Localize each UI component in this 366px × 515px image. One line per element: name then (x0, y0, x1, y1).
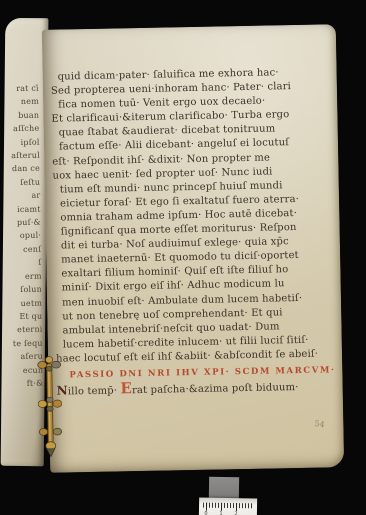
facing-line-fragment: te ſequ (5, 336, 43, 350)
facing-line-fragment: rat cī (1, 82, 39, 96)
illuminated-initial-I-icon (37, 356, 63, 458)
ruler-mm-ticks (203, 503, 253, 509)
facing-line-fragment: aſterul (2, 149, 40, 163)
facing-line-fragment: buan (1, 109, 39, 123)
facing-page-text-fragments: rat cīnembuanaſſcheipſolaſteruldan ceſeſ… (1, 82, 44, 391)
facing-line-fragment: puſ·& (3, 216, 41, 230)
facing-line-fragment: nem (1, 95, 39, 109)
ruler-cm-tick (206, 503, 207, 511)
facing-line-fragment: ſeſtu (2, 176, 40, 190)
incipit-text: rat paſcha·&azima poſt biduum· (132, 382, 299, 396)
facing-line-fragment: ſolun (4, 283, 42, 297)
folio-number: 54 (314, 419, 325, 429)
facing-line-fragment: icamt (3, 202, 41, 216)
facing-line-fragment: ipſol (1, 135, 39, 149)
facing-line-fragment: Et qu (4, 310, 42, 324)
facing-line-fragment: cenſ (3, 243, 41, 257)
facing-line-fragment: uetm (4, 296, 42, 310)
facing-line-fragment: erm (4, 269, 42, 283)
incipit-text: illo temp̄· (68, 385, 121, 397)
book-fore-edge (335, 28, 351, 462)
facing-line-fragment: eterni (4, 323, 42, 337)
calibration-gray-patch (209, 477, 239, 499)
scale-ruler: 012 (199, 497, 257, 515)
facing-line-fragment: dan ce (2, 162, 40, 176)
ruler-cm-label: 0 (204, 511, 207, 515)
facing-line-fragment: aſſche (1, 122, 39, 136)
ruler-cm-label: 2 (234, 511, 237, 515)
ruler-cm-label: 1 (219, 511, 222, 515)
ruler-cm-tick (236, 503, 237, 511)
facing-line-fragment: ſ (3, 256, 41, 270)
ruler-cm-tick (221, 503, 222, 511)
text-block: quid dicam·pater· ſaluifica me exhora ha… (58, 66, 322, 400)
initial-red-letter: E (120, 379, 132, 397)
manuscript-page: quid dicam·pater· ſaluifica me exhora ha… (42, 24, 344, 473)
facing-line-fragment: opul· (3, 229, 41, 243)
facing-line-fragment: ar (2, 189, 40, 203)
